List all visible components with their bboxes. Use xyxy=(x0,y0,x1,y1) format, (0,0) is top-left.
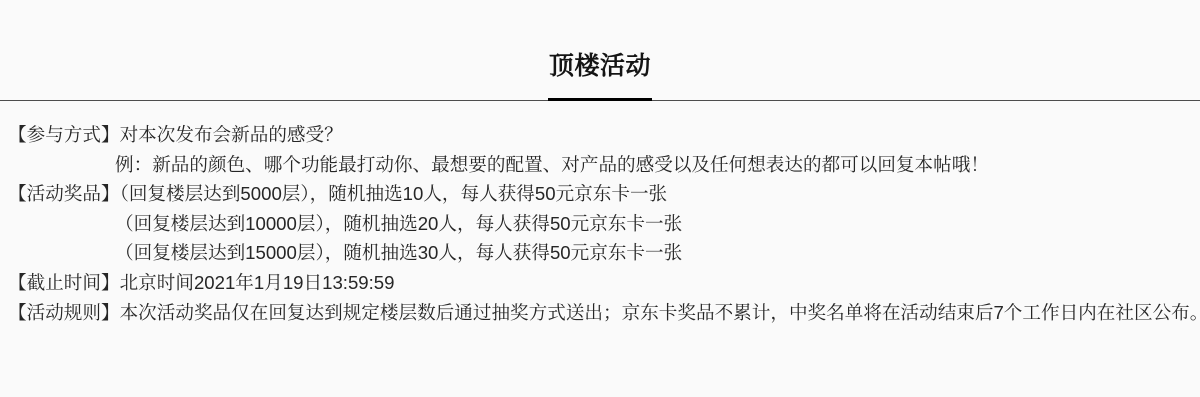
title-underline-indicator xyxy=(548,98,652,101)
prize-tier-1-line: 【活动奖品】（回复楼层达到5000层），随机抽选10人，每人获得50元京东卡一张 xyxy=(8,179,1192,209)
participation-example-line: 例：新品的颜色、哪个功能最打动你、最想要的配置、对产品的感受以及任何想表达的都可… xyxy=(8,150,1192,180)
rules-line: 【活动规则】本次活动奖品仅在回复达到规定楼层数后通过抽奖方式送出；京东卡奖品不累… xyxy=(8,298,1192,328)
activity-announcement-page: 顶楼活动 【参与方式】对本次发布会新品的感受？ 例：新品的颜色、哪个功能最打动你… xyxy=(0,0,1200,397)
prize-tier-3-line: （回复楼层达到15000层），随机抽选30人，每人获得50元京东卡一张 xyxy=(8,238,1192,268)
activity-content: 【参与方式】对本次发布会新品的感受？ 例：新品的颜色、哪个功能最打动你、最想要的… xyxy=(0,101,1200,327)
prize-tier-2-line: （回复楼层达到10000层），随机抽选20人，每人获得50元京东卡一张 xyxy=(8,209,1192,239)
participation-method-line: 【参与方式】对本次发布会新品的感受？ xyxy=(8,120,1192,150)
page-title: 顶楼活动 xyxy=(0,46,1200,82)
deadline-line: 【截止时间】北京时间2021年1月19日13:59:59 xyxy=(8,268,1192,298)
activity-header: 顶楼活动 xyxy=(0,0,1200,101)
